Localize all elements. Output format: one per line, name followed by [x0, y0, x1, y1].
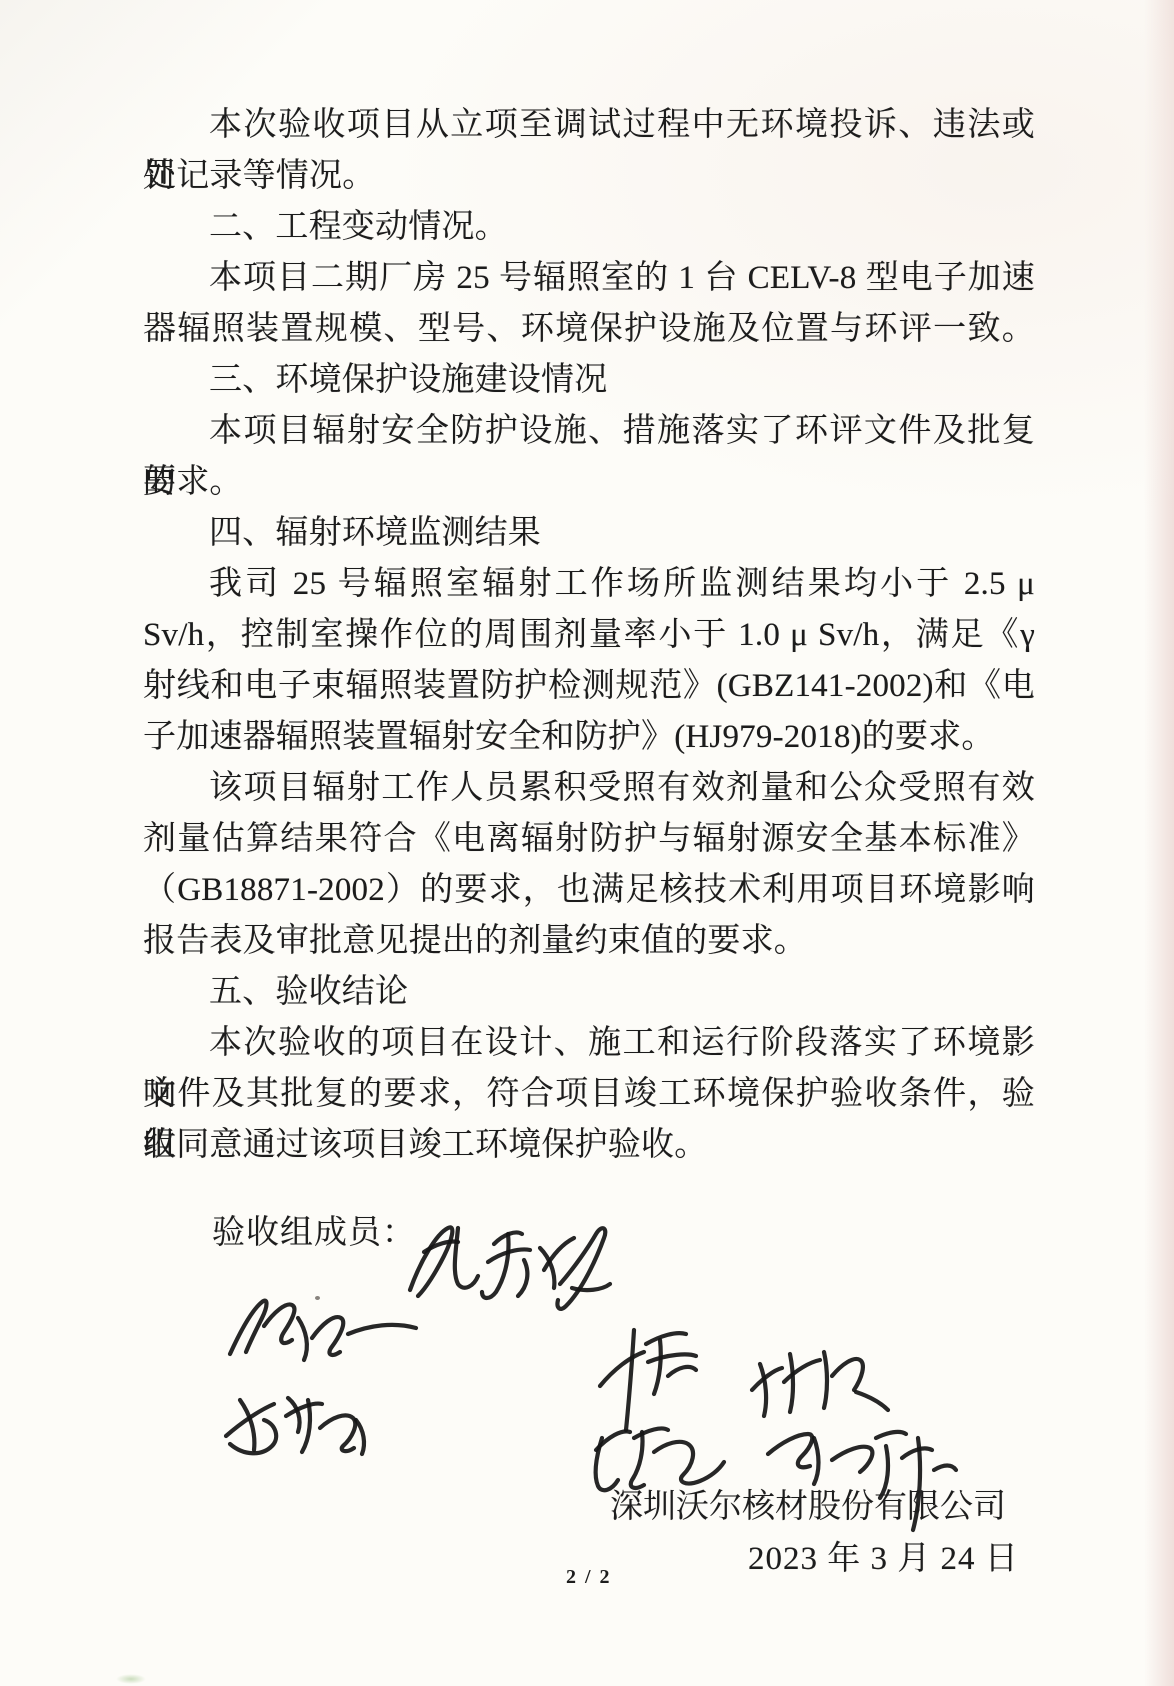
paragraph4-line2: Sv/h，控制室操作位的周围剂量率小于 1.0 μ Sv/h，满足《γ	[143, 610, 1035, 661]
signature-4	[600, 1330, 696, 1430]
signature-2	[230, 1301, 416, 1360]
paragraph6-line1: 本次验收的项目在设计、施工和运行阶段落实了环境影响	[143, 1018, 1035, 1069]
signature-group-label: 验收组成员：	[212, 1208, 416, 1259]
paragraph6-line2: 文件及其批复的要求，符合项目竣工环境保护验收条件，验收	[143, 1069, 1035, 1120]
paragraph3-line1: 本项目辐射安全防护设施、措施落实了环评文件及批复的	[143, 406, 1035, 457]
signature-6	[596, 1428, 724, 1490]
paragraph4-line1: 我司 25 号辐照室辐射工作场所监测结果均小于 2.5 μ	[143, 559, 1035, 610]
paragraph4-line3: 射线和电子束辐照装置防护检测规范》(GBZ141-2002)和《电	[143, 661, 1035, 712]
paragraph1-line2: 罚记录等情况。	[143, 151, 1035, 202]
paragraph5-line3: （GB18871-2002）的要求，也满足核技术利用项目环境影响	[143, 865, 1035, 916]
document-date: 2023 年 3 月 24 日	[748, 1536, 1019, 1582]
paragraph6-line3: 组同意通过该项目竣工环境保护验收。	[143, 1120, 1035, 1171]
signature-5	[752, 1352, 888, 1416]
section-heading-4: 四、辐射环境监测结果	[143, 508, 1035, 559]
paragraph5-line1: 该项目辐射工作人员累积受照有效剂量和公众受照有效	[143, 763, 1035, 814]
signature-3	[226, 1398, 364, 1454]
paragraph5-line4: 报告表及审批意见提出的剂量约束值的要求。	[143, 916, 1035, 967]
signature-1	[410, 1227, 610, 1309]
section-heading-3: 三、环境保护设施建设情况	[143, 355, 1035, 406]
paragraph1-line1: 本次验收项目从立项至调试过程中无环境投诉、违法或处	[143, 100, 1035, 151]
paragraph5-line2: 剂量估算结果符合《电离辐射防护与辐射源安全基本标准》	[143, 814, 1035, 865]
scan-smudge	[116, 1674, 146, 1684]
paragraph3-line2: 要求。	[143, 457, 1035, 508]
paragraph2-line1: 本项目二期厂房 25 号辐照室的 1 台 CELV-8 型电子加速	[143, 253, 1035, 304]
document-body: 本次验收项目从立项至调试过程中无环境投诉、违法或处 罚记录等情况。 二、工程变动…	[143, 100, 1035, 1171]
company-name: 深圳沃尔核材股份有限公司	[610, 1484, 1006, 1530]
section-heading-2: 二、工程变动情况。	[143, 202, 1035, 253]
page-number: 2 / 2	[566, 1566, 612, 1589]
paragraph4-line4: 子加速器辐照装置辐射安全和防护》(HJ979-2018)的要求。	[143, 712, 1035, 763]
paragraph2-line2: 器辐照装置规模、型号、环境保护设施及位置与环评一致。	[143, 304, 1035, 355]
section-heading-5: 五、验收结论	[143, 967, 1035, 1018]
scanned-document-page: 本次验收项目从立项至调试过程中无环境投诉、违法或处 罚记录等情况。 二、工程变动…	[0, 0, 1174, 1686]
scan-speck	[315, 1296, 320, 1300]
